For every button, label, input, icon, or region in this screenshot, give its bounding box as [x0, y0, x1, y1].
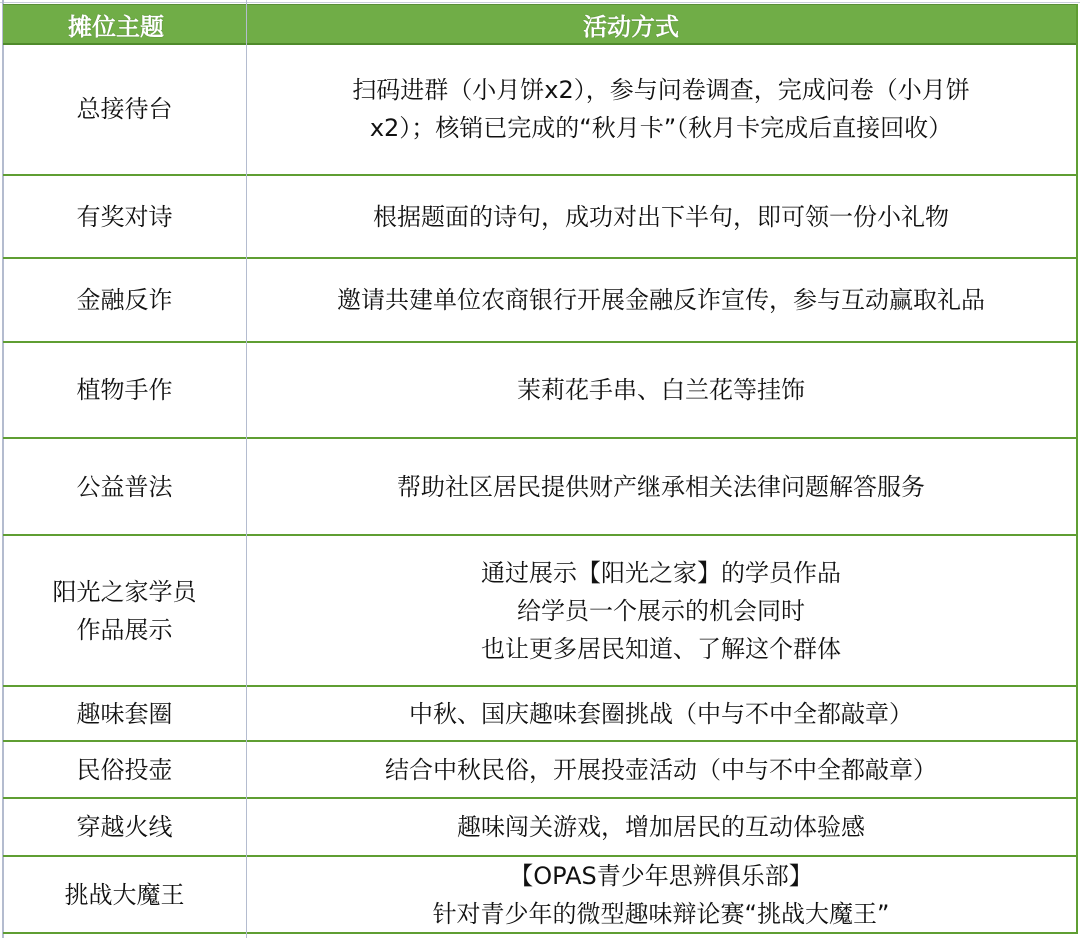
cell-theme: 民俗投壶: [3, 742, 246, 797]
table-row: 公益普法帮助社区居民提供财产继承相关法律问题解答服务: [3, 439, 1076, 536]
activity-line: 帮助社区居民提供财产继承相关法律问题解答服务: [397, 468, 925, 506]
theme-line: 趣味套圈: [77, 695, 173, 733]
cell-activity: 根据题面的诗句，成功对出下半句，即可领一份小礼物: [246, 176, 1076, 257]
theme-line: 总接待台: [77, 90, 173, 128]
cell-activity: 趣味闯关游戏，增加居民的互动体验感: [246, 799, 1076, 855]
table-row: 穿越火线趣味闯关游戏，增加居民的互动体验感: [3, 799, 1076, 857]
cell-theme: 穿越火线: [3, 799, 246, 855]
activity-line: 也让更多居民知道、了解这个群体: [481, 630, 841, 668]
activity-line: 中秋、国庆趣味套圈挑战（中与不中全都敲章）: [409, 695, 913, 733]
activity-line: 结合中秋民俗，开展投壶活动（中与不中全都敲章）: [385, 751, 937, 789]
cell-activity: 邀请共建单位农商银行开展金融反诈宣传，参与互动赢取礼品: [246, 259, 1076, 341]
cell-activity: 茉莉花手串、白兰花等挂饰: [246, 343, 1076, 437]
activity-line: 扫码进群（小月饼x2），参与问卷调查，完成问卷（小月饼: [352, 71, 969, 109]
theme-line: 植物手作: [77, 371, 173, 409]
activity-line: 茉莉花手串、白兰花等挂饰: [517, 371, 805, 409]
cell-theme: 公益普法: [3, 439, 246, 534]
activity-line: 针对青少年的微型趣味辩论赛“挑战大魔王”: [433, 895, 890, 933]
table-row: 民俗投壶结合中秋民俗，开展投壶活动（中与不中全都敲章）: [3, 742, 1076, 799]
table-row: 挑战大魔王【OPAS青少年思辨俱乐部】针对青少年的微型趣味辩论赛“挑战大魔王”: [3, 857, 1076, 934]
activity-line: 根据题面的诗句，成功对出下半句，即可领一份小礼物: [373, 198, 949, 236]
table-right-border: [1076, 4, 1078, 934]
theme-line: 挑战大魔王: [65, 876, 185, 914]
cell-activity: 通过展示【阳光之家】的学员作品给学员一个展示的机会同时也让更多居民知道、了解这个…: [246, 536, 1076, 685]
theme-line: 穿越火线: [77, 808, 173, 846]
cell-theme: 有奖对诗: [3, 176, 246, 257]
theme-line: 公益普法: [77, 468, 173, 506]
table-row: 趣味套圈中秋、国庆趣味套圈挑战（中与不中全都敲章）: [3, 687, 1076, 742]
table-row: 有奖对诗根据题面的诗句，成功对出下半句，即可领一份小礼物: [3, 176, 1076, 259]
theme-line: 民俗投壶: [77, 751, 173, 789]
table-row: 植物手作茉莉花手串、白兰花等挂饰: [3, 343, 1076, 439]
cell-theme: 趣味套圈: [3, 687, 246, 740]
cell-activity: 【OPAS青少年思辨俱乐部】针对青少年的微型趣味辩论赛“挑战大魔王”: [246, 857, 1076, 932]
table-row: 总接待台扫码进群（小月饼x2），参与问卷调查，完成问卷（小月饼x2）；核销已完成…: [3, 44, 1076, 176]
cell-theme: 植物手作: [3, 343, 246, 437]
activity-line: 通过展示【阳光之家】的学员作品: [481, 554, 841, 592]
column-divider: [246, 0, 247, 938]
cell-theme: 挑战大魔王: [3, 857, 246, 932]
activity-line: 邀请共建单位农商银行开展金融反诈宣传，参与互动赢取礼品: [337, 281, 985, 319]
cell-theme: 总接待台: [3, 44, 246, 174]
activity-line: x2）；核销已完成的“秋月卡”（秋月卡完成后直接回收）: [370, 109, 952, 147]
sheet-gridline-top: [0, 2, 1080, 3]
table-row: 金融反诈邀请共建单位农商银行开展金融反诈宣传，参与互动赢取礼品: [3, 259, 1076, 343]
theme-line: 阳光之家学员: [53, 573, 197, 611]
theme-line: 作品展示: [53, 611, 197, 649]
table-header-row: 摊位主题 活动方式: [3, 4, 1076, 45]
cell-theme: 阳光之家学员作品展示: [3, 536, 246, 685]
activity-line: 给学员一个展示的机会同时: [517, 592, 805, 630]
activity-line: 【OPAS青少年思辨俱乐部】: [509, 857, 812, 895]
theme-line: 有奖对诗: [77, 198, 173, 236]
cell-activity: 帮助社区居民提供财产继承相关法律问题解答服务: [246, 439, 1076, 534]
cell-activity: 结合中秋民俗，开展投壶活动（中与不中全都敲章）: [246, 742, 1076, 797]
header-activity: 活动方式: [246, 5, 1076, 43]
cell-activity: 中秋、国庆趣味套圈挑战（中与不中全都敲章）: [246, 687, 1076, 740]
header-theme: 摊位主题: [3, 5, 246, 43]
activity-line: 趣味闯关游戏，增加居民的互动体验感: [457, 808, 865, 846]
table-row: 阳光之家学员作品展示通过展示【阳光之家】的学员作品给学员一个展示的机会同时也让更…: [3, 536, 1076, 687]
cell-theme: 金融反诈: [3, 259, 246, 341]
theme-line: 金融反诈: [77, 281, 173, 319]
cell-activity: 扫码进群（小月饼x2），参与问卷调查，完成问卷（小月饼x2）；核销已完成的“秋月…: [246, 44, 1076, 174]
